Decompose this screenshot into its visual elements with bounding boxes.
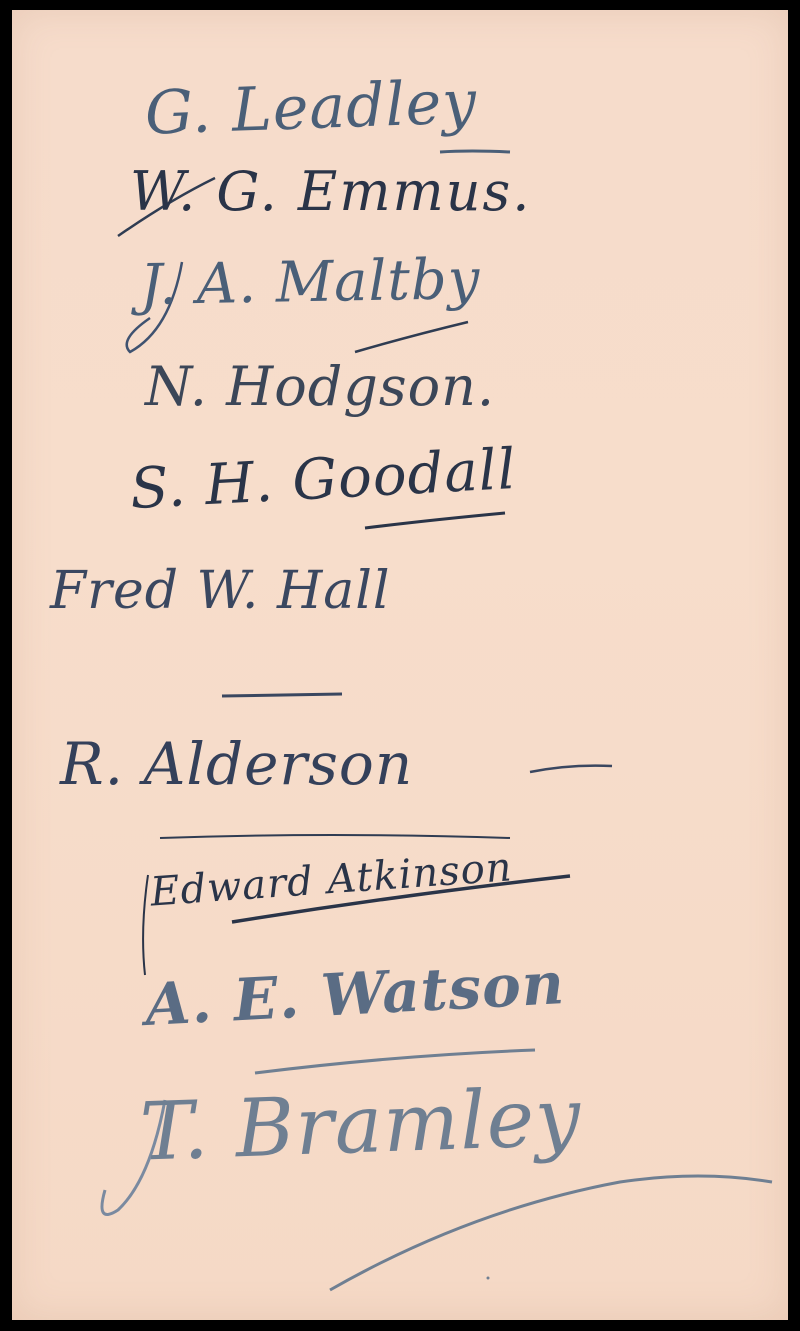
signature-t-bramley: T. Bramley xyxy=(139,1077,583,1172)
signature-r-alderson: R. Alderson xyxy=(60,735,413,793)
signature-n-hodgson: N. Hodgson. xyxy=(145,360,495,414)
signature-w-g-emmus: W. G. Emmus. xyxy=(130,165,531,219)
signature-g-leadley: G. Leadley xyxy=(144,72,478,144)
signature-fred-w-hall: Fred W. Hall xyxy=(50,565,391,617)
signature-j-a-maltby: J. A. Maltby xyxy=(140,252,481,314)
